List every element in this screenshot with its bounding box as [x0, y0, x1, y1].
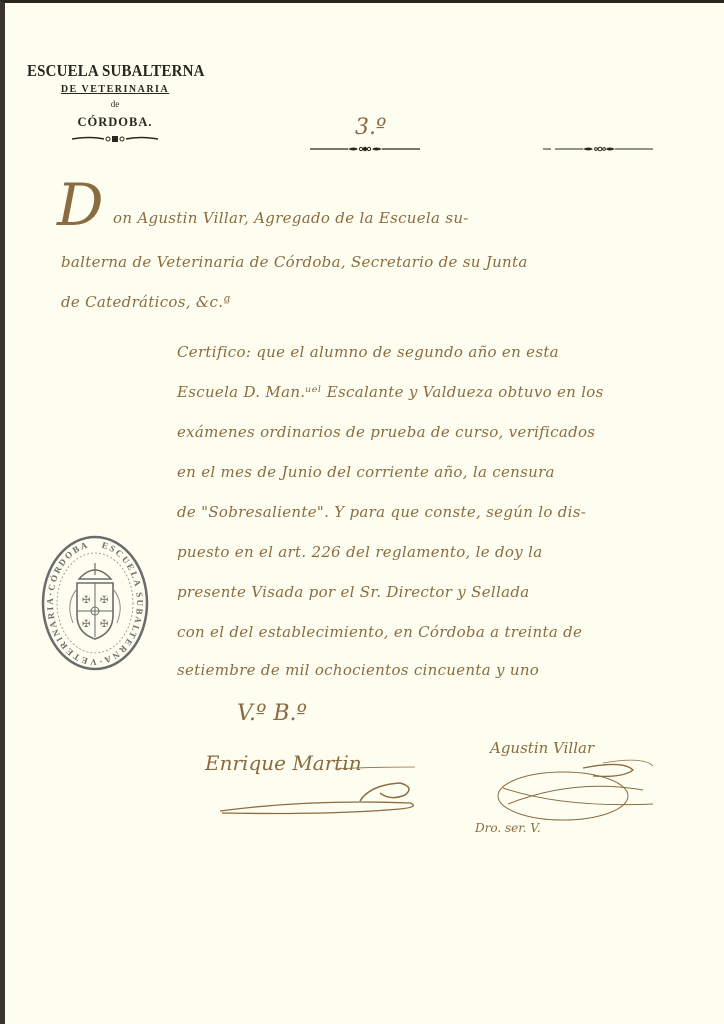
- body-line-1: on Agustin Villar, Agregado de la Escuel…: [113, 209, 469, 227]
- body-line-10: presente Visada por el Sr. Director y Se…: [177, 583, 529, 601]
- body-line-2: balterna de Veterinaria de Córdoba, Secr…: [61, 253, 528, 271]
- approval-mark: V.º B.º: [237, 701, 307, 726]
- letterhead-connector: de: [15, 99, 215, 109]
- letterhead-city: CÓRDOBA.: [15, 115, 215, 130]
- signature-secretary-name: Agustin Villar: [490, 739, 594, 757]
- letterhead-department: DE VETERINARIA: [15, 84, 215, 95]
- school-seal-icon: ESCUELA SUBALTERNA·VETERINARIA·CÓRDOBA ✠…: [39, 533, 151, 673]
- svg-text:✠: ✠: [100, 595, 108, 606]
- signature-note: Dro. ser. V.: [475, 821, 541, 835]
- body-line-3: de Catedráticos, &c.ª: [61, 293, 231, 311]
- ornament-rule-center-icon: [310, 145, 420, 153]
- body-line-11: con el del establecimiento, en Córdoba a…: [177, 623, 582, 641]
- letterhead: ESCUELA SUBALTERNA DE VETERINARIA de CÓR…: [15, 61, 215, 144]
- body-line-5: Escuela D. Man.ᵘᵉˡ Escalante y Valdueza …: [177, 383, 604, 401]
- body-line-4: Certifico: que el alumno de segundo año …: [177, 343, 559, 361]
- signature-flourish-left-icon: [210, 763, 430, 823]
- body-line-12: setiembre de mil ochocientos cincuenta y…: [177, 661, 539, 679]
- body-line-7: en el mes de Junio del corriente año, la…: [177, 463, 555, 481]
- ornament-rule-right-icon: [543, 145, 653, 153]
- signature-flourish-right-icon: [483, 758, 663, 828]
- ornament-divider-icon: [70, 134, 160, 144]
- signature-secretary: Agustin Villar: [490, 739, 594, 758]
- svg-text:✠: ✠: [100, 619, 108, 630]
- salutation-initial: D: [57, 171, 104, 239]
- svg-text:✠: ✠: [82, 595, 90, 606]
- svg-text:✠: ✠: [82, 619, 90, 630]
- body-line-8: de "Sobresaliente". Y para que conste, s…: [177, 503, 586, 521]
- body-line-9: puesto en el art. 226 del reglamento, le…: [177, 543, 542, 561]
- letterhead-school: ESCUELA SUBALTERNA: [27, 61, 203, 81]
- document-number: 3.º: [355, 115, 386, 140]
- body-line-6: exámenes ordinarios de prueba de curso, …: [177, 423, 595, 441]
- document-page: ESCUELA SUBALTERNA DE VETERINARIA de CÓR…: [0, 0, 724, 1024]
